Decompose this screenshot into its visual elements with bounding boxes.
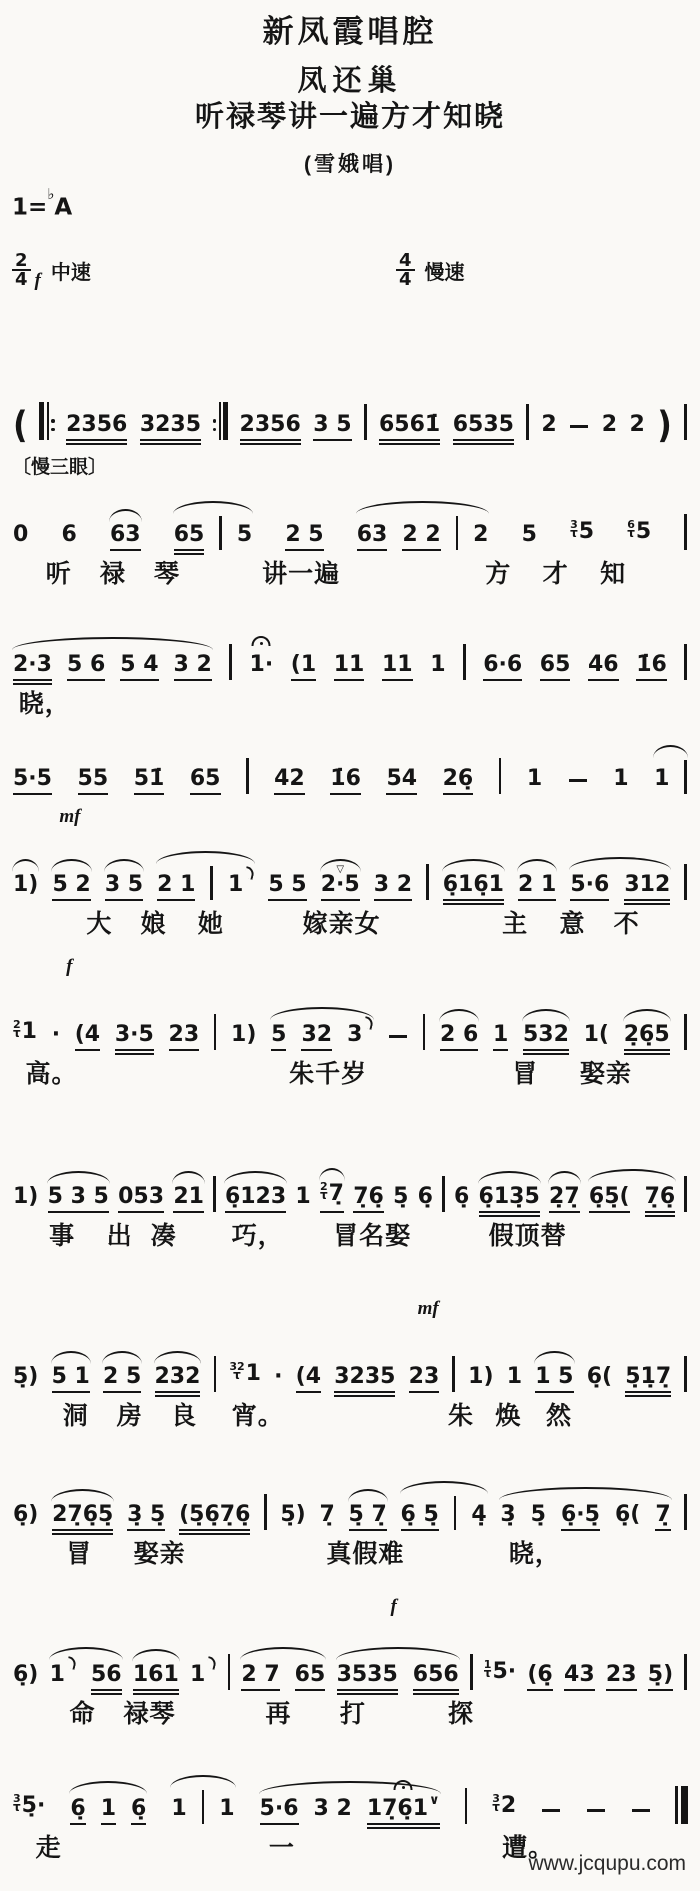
note-token: 6̣13̣5 [478, 1184, 541, 1210]
fermata-mark [394, 1780, 413, 1790]
note-token: 4̣ [470, 1502, 487, 1528]
barline [684, 514, 687, 550]
barline [426, 864, 429, 900]
page-title: 新凤霞唱腔 [0, 6, 700, 51]
barline-thick [39, 402, 44, 440]
note-token: 6·6 [482, 652, 523, 678]
note-token: 5 6 [66, 652, 106, 678]
barline [499, 758, 502, 794]
note-token: 6̣·5̣ [560, 1502, 601, 1528]
barline [684, 864, 687, 900]
note-token: 1 [189, 1662, 217, 1688]
lyrics-row: 大娘她嫁亲女主意不 [12, 904, 688, 944]
notation-row: 3τ5̣·6̣16̣115·63 217̣6̣1∨3τ2--- [12, 1772, 688, 1822]
note-token: 2 [628, 412, 645, 438]
section-label: 〔慢三眼〕 [12, 452, 107, 479]
slur-arc [623, 1009, 671, 1022]
note-token: 1 [492, 1022, 509, 1048]
slur-group: 6̣16̣ [69, 1796, 147, 1822]
lyric-syllable: 讲一遍 [262, 554, 340, 590]
note-token: 532 [522, 1022, 570, 1048]
note-token: 1) [467, 1364, 494, 1390]
note-token: 5̣1̣7̣ [624, 1364, 672, 1390]
note-token: - [568, 412, 590, 438]
note-token: 232 [154, 1364, 202, 1390]
lyric-syllable: 才 [543, 554, 569, 590]
grace-note: 32τ [229, 1362, 244, 1380]
note-token: 1τ5· [483, 1659, 517, 1688]
breath-mark: ∨ [429, 1788, 440, 1814]
grace-note: 2τ [13, 1020, 21, 1038]
barline [214, 1014, 217, 1050]
breath-hook-mark [244, 866, 256, 880]
note-token: 5 1 [51, 1364, 91, 1390]
note-token: 6̣16̣1 [442, 872, 505, 898]
grace-symbol: τ [570, 529, 578, 538]
note-token: 2̣7̣ [548, 1184, 581, 1210]
lyric-syllable: 焕 [495, 1396, 521, 1432]
note-token: 5̣) [12, 1364, 39, 1390]
slur-arc [172, 1171, 205, 1184]
lyric-syllable: 走 [36, 1828, 62, 1864]
barline [229, 644, 232, 680]
dynamic-marking: mf [418, 1298, 439, 1320]
dynamic-marking: mf [59, 806, 80, 828]
slur-arc [47, 1171, 110, 1184]
tempo-marking-right: 4 4 慢速 [396, 252, 465, 288]
notation-row: 2τ1·(43·5231)5323-2 615321(2̣6̣5 [12, 998, 688, 1048]
lyric-syllable: 晓， [19, 684, 71, 720]
lyric-syllable: 大 [86, 904, 112, 940]
note-token: 7̣6̣ [352, 1184, 385, 1210]
slur-group: 5·63 217̣6̣1∨ [259, 1796, 441, 1822]
note-token: 2̣6̣5 [623, 1022, 671, 1048]
note-token: 65 [294, 1662, 327, 1688]
slur-group: 6̣5̣(7̣6̣ [588, 1184, 676, 1210]
lyric-syllable: 禄琴 [124, 1694, 176, 1730]
grace-symbol: τ [484, 1669, 492, 1678]
note-token: 6̣ [130, 1796, 147, 1822]
meter-denominator: 4 [15, 271, 28, 288]
barline [684, 1014, 687, 1050]
note-token: 2 1 [156, 872, 196, 898]
slur-arc [156, 851, 255, 864]
song-title: 听禄琴讲一遍方才知晓 [0, 94, 700, 135]
lyric-syllable: 娶亲 [580, 1054, 632, 1090]
note-token: 1 [218, 1796, 235, 1822]
barline-thin [675, 1786, 678, 1824]
slur-arc [336, 1647, 460, 1660]
grace-note: 1τ [484, 1660, 492, 1678]
barline [684, 1494, 687, 1530]
note-token: 2 6 [439, 1022, 479, 1048]
dynamic-marking: f [391, 1596, 397, 1618]
barline [684, 1176, 687, 1212]
note-token: 5·5 [12, 766, 53, 792]
note-token: 5·6 [259, 1796, 300, 1822]
note-token: 1 [653, 766, 670, 792]
note-token: 1( [583, 1022, 610, 1048]
lyrics-row: 晓， [12, 684, 688, 724]
note-token: 65 [189, 766, 222, 792]
slur-group: 6̣ 5̣4̣ [400, 1496, 488, 1528]
lyric-syllable: 探 [448, 1694, 474, 1730]
note-token: 1 [526, 766, 543, 792]
breath-hook-mark [206, 1656, 218, 1670]
lyric-syllable: 不 [614, 904, 640, 940]
note-token: 053 [117, 1184, 165, 1210]
lyric-syllable: 洞 [63, 1396, 89, 1432]
note-token: 32 [300, 1022, 333, 1048]
slur-group: 2·35 65 43 2 [12, 652, 213, 678]
note-token: ) [656, 410, 673, 440]
notation-row: 06636552 5632 2253τ56τ5 [12, 498, 688, 548]
note-token: 2 5 [284, 522, 324, 548]
barline [684, 760, 687, 794]
lyrics-row: 事出凑巧，冒名娶假顶替 [12, 1216, 688, 1256]
note-token: 11 [333, 652, 366, 678]
slur-arc [49, 1647, 123, 1660]
lyric-syllable: 嫁亲女 [303, 904, 381, 940]
note-token: 26̣ [442, 766, 475, 792]
lyrics-row: 听禄琴讲一遍方才知 [12, 554, 688, 594]
notation-row: 1)5 23 52 115 52·5▽3 26̣16̣12 15·6312 [12, 848, 688, 898]
music-system-3: 2·35 65 43 21·(1111116·665461̇6晓， [12, 628, 688, 724]
lyric-syllable: 娶亲 [134, 1534, 186, 1570]
note-token: 0 [12, 522, 29, 548]
slur-arc [478, 1171, 541, 1184]
note-token: 63 [109, 522, 142, 548]
lyric-syllable: 假顶替 [489, 1216, 567, 1252]
note-token: 312 [623, 872, 671, 898]
note-token: 1) [230, 1022, 257, 1048]
note-token: 46 [587, 652, 620, 678]
barline [684, 644, 687, 680]
lyric-syllable: 宵。 [232, 1396, 284, 1432]
note-token: 1 [506, 1364, 523, 1390]
fermata-mark [252, 636, 271, 646]
slur-arc [102, 1351, 142, 1364]
note-token: 6̣123 [224, 1184, 287, 1210]
music-system-6: f2τ1·(43·5231)5323-2 615321(2̣6̣5高。朱千岁冒娶… [12, 998, 688, 1094]
lyric-syllable: 意 [560, 904, 586, 940]
key-signature: 1=♭A [12, 192, 72, 221]
note-token: 5̣) [647, 1662, 674, 1688]
slur-group: 3535656 [336, 1662, 460, 1688]
slur-arc [319, 1168, 345, 1181]
note-token: 2 1 [517, 872, 557, 898]
note-token: 1̇6 [329, 766, 362, 792]
grace-note: 2τ [320, 1182, 328, 1200]
repeat-start-sign [39, 402, 55, 440]
note-token: 6τ5 [626, 519, 652, 548]
note-token: 55 [77, 766, 110, 792]
note-token: 2·3 [12, 652, 53, 678]
note-token: 6̣ [69, 1796, 86, 1822]
note-token: 3τ5̣· [12, 1793, 46, 1822]
opera-title: 凤还巢 [0, 58, 700, 99]
slur-arc [270, 1007, 374, 1020]
lyric-syllable: 命 [69, 1694, 95, 1730]
note-token: 2356 [239, 412, 302, 438]
barline [470, 1654, 473, 1690]
barline [219, 516, 222, 550]
note-token: 2 2 [401, 522, 441, 548]
note-token: 5 2 [51, 872, 91, 898]
note-token: - [585, 1796, 607, 1822]
barline [210, 866, 213, 900]
note-token: · [51, 1022, 61, 1048]
flat-sign: ♭ [47, 185, 54, 203]
slur-group: 11 [170, 1790, 235, 1822]
slur-arc [442, 859, 505, 872]
slur-arc [653, 745, 688, 758]
grace-note: 3τ [570, 520, 578, 538]
meter-denominator: 4 [399, 271, 412, 288]
note-token: 43 [563, 1662, 596, 1688]
music-system-9: 6̣)27̣6̣5̣3̣ 5̣(5̣6̣7̣6̣5̣)7̣5̣ 7̣6̣ 5̣4… [12, 1478, 688, 1574]
note-token: 6 [60, 522, 77, 548]
grace-symbol: τ [233, 1371, 241, 1380]
notation-row: (2356323523563 56561̇65352-22) [12, 388, 688, 438]
note-token: (5̣6̣7̣6̣ [178, 1502, 251, 1528]
note-token: 656 [412, 1662, 460, 1688]
singer-label: (雪娥唱) [0, 148, 700, 178]
note-token: 3τ2 [491, 1793, 517, 1822]
note-token: 2·5▽ [320, 872, 361, 898]
key-letter: A [54, 195, 72, 221]
slur-arc [51, 1489, 114, 1502]
barline [452, 1356, 455, 1392]
note-token: 3235 [139, 412, 202, 438]
note-token: 42 [273, 766, 306, 792]
note-token: 7̣6̣ [644, 1184, 677, 1210]
note-token: 6535 [452, 412, 515, 438]
slur-group: 156 [49, 1662, 123, 1688]
lyric-syllable: 高。 [26, 1054, 78, 1090]
note-token: 2356 [65, 412, 128, 438]
dynamic-marking: f [66, 956, 72, 978]
notation-row: 2·35 65 43 21·(1111116·665461̇6 [12, 628, 688, 678]
note-token: 3 2 [373, 872, 413, 898]
grace-symbol: τ [13, 1803, 21, 1812]
slur-arc [51, 1351, 91, 1364]
grace-note: 3τ [492, 1794, 500, 1812]
lyric-syllable: 真假难 [326, 1534, 404, 1570]
slur-group: 2 11 [156, 866, 255, 898]
barline [463, 644, 466, 680]
note-token: 6̣ 5̣ [400, 1502, 440, 1528]
note-token: 5 5 [267, 872, 307, 898]
note-token: 5 3 5 [47, 1184, 110, 1210]
barline-thick [681, 1786, 688, 1824]
grace-symbol: τ [13, 1029, 21, 1038]
note-token: 1 [429, 652, 446, 678]
slur-arc [259, 1781, 441, 1794]
slur-arc [170, 1775, 235, 1788]
note-token: - [567, 766, 589, 792]
lyric-syllable: 主 [502, 904, 528, 940]
lyric-syllable: 然 [546, 1396, 572, 1432]
barline [684, 404, 687, 440]
slur-arc [439, 1009, 479, 1022]
slur-arc [154, 1351, 202, 1364]
repeat-dot [51, 428, 55, 432]
note-token: 56 [90, 1662, 123, 1688]
lyrics-row: 洞房良宵。朱焕然 [12, 1396, 688, 1436]
note-token: - [630, 1796, 652, 1822]
lyric-syllable: 方 [485, 554, 511, 590]
note-token: 2 5 [102, 1364, 142, 1390]
barline [214, 1356, 217, 1392]
note-token: - [387, 1022, 409, 1048]
note-token: 2 [601, 412, 618, 438]
note-token: 63 [356, 522, 389, 548]
lyric-syllable: 晓， [509, 1534, 561, 1570]
slur-arc [569, 857, 671, 870]
note-token: (1 [290, 652, 317, 678]
music-system-8: mf5̣)5 12 523232τ1·(43235231)11 56̣(5̣1̣… [12, 1340, 688, 1436]
barline [228, 1654, 231, 1690]
repeat-end-sign [213, 402, 229, 440]
slur-arc [548, 1171, 581, 1184]
note-token: 5̣ [530, 1502, 547, 1528]
note-token: 32τ1 [228, 1361, 262, 1390]
note-token: 6561̇ [378, 412, 441, 438]
notation-row: 6̣)27̣6̣5̣3̣ 5̣(5̣6̣7̣6̣5̣)7̣5̣ 7̣6̣ 5̣4… [12, 1478, 688, 1528]
slur-arc [12, 637, 213, 650]
grace-symbol: τ [627, 529, 635, 538]
slur-group: 655 [173, 516, 253, 548]
note-token: 2τ1 [12, 1019, 38, 1048]
notation-row: 1)5 3 5053216̣12312τ7̣7̣6̣5̣6̣6̣6̣13̣52̣… [12, 1160, 688, 1210]
lyric-syllable: 禄 [100, 554, 126, 590]
slur-arc [534, 1351, 574, 1364]
lyric-syllable: 冒 [512, 1054, 538, 1090]
slur-group: 2 765 [240, 1662, 326, 1688]
note-token: 11 [381, 652, 414, 678]
note-token: 1 5 [534, 1364, 574, 1390]
note-token: 1 [294, 1184, 311, 1210]
note-token: 5 4 [119, 652, 159, 678]
slur-arc [109, 509, 142, 522]
note-token: 7̣ [318, 1502, 335, 1528]
lyric-syllable: 良 [171, 1396, 197, 1432]
lyric-syllable: 出 [107, 1216, 133, 1252]
grace-note: 3τ [13, 1794, 21, 1812]
grace-note: 6τ [627, 520, 635, 538]
note-token: 1 [227, 872, 255, 898]
note-token: 51̇ [133, 766, 166, 792]
note-token: 23 [168, 1022, 201, 1048]
barline [246, 758, 249, 794]
repeat-dot [51, 419, 55, 423]
note-token: 3 5 [104, 872, 144, 898]
note-token: 3 2 [313, 1796, 353, 1822]
note-token: 3 2 [173, 652, 213, 678]
barline [526, 404, 529, 440]
slur-arc [224, 1171, 287, 1184]
note-token: (4 [295, 1364, 322, 1390]
accent-mark: ▽ [336, 857, 344, 883]
note-token: 3 5 [312, 412, 352, 438]
barline [202, 1790, 205, 1824]
lyric-syllable: 打 [340, 1694, 366, 1730]
note-token: 6̣) [12, 1662, 39, 1688]
barline-thick [223, 402, 228, 440]
note-token: 3235 [333, 1364, 396, 1390]
dynamic-f: f [35, 270, 41, 292]
note-token: 3τ5 [569, 519, 595, 548]
note-token: 2τ7̣ [319, 1181, 345, 1210]
note-token: 1) [12, 872, 39, 898]
note-token: 3 [346, 1022, 374, 1048]
slur-arc [522, 1009, 570, 1022]
note-token: 6̣( [586, 1364, 613, 1390]
note-token: 21 [172, 1184, 205, 1210]
barline [684, 1654, 687, 1690]
slur-arc [12, 859, 39, 872]
note-token: 1 [612, 766, 629, 792]
lyric-syllable: 她 [198, 904, 224, 940]
lyric-syllable: 凑 [151, 1216, 177, 1252]
note-token: 1) [12, 1184, 39, 1210]
repeat-dots [51, 419, 55, 431]
slur-arc [104, 859, 144, 872]
note-token: 3̣ 5̣ [126, 1502, 166, 1528]
note-token: 3̣ [499, 1502, 516, 1528]
slur-arc [400, 1481, 488, 1494]
note-token: 3535 [336, 1662, 399, 1688]
note-token: 7̣ [654, 1502, 671, 1528]
tempo-marking-left: 2 4 f 中速 [12, 252, 91, 288]
note-token: 6̣ [453, 1184, 470, 1210]
note-token: 1 [49, 1662, 77, 1688]
lyric-syllable: 冒 [66, 1534, 92, 1570]
barline-thin [47, 402, 49, 440]
lyrics-row: 命禄琴再打探 [12, 1694, 688, 1734]
barline [465, 1788, 468, 1824]
music-system-2: 〔慢三眼〕06636552 5632 2253τ56τ5听禄琴讲一遍方才知 [12, 498, 688, 594]
music-system-5: mf1)5 23 52 115 52·5▽3 26̣16̣12 15·6312大… [12, 848, 688, 944]
note-token: 5̣ 7̣ [348, 1502, 388, 1528]
repeat-dot [213, 428, 217, 432]
grace-symbol: τ [320, 1191, 328, 1200]
slur-arc [69, 1781, 147, 1794]
lyric-syllable: 娘 [140, 904, 166, 940]
note-token: 23 [605, 1662, 638, 1688]
lyric-syllable: 朱千岁 [289, 1054, 367, 1090]
lyric-syllable: 巧， [232, 1216, 284, 1252]
music-system-7: 1)5 3 5053216̣12312τ7̣7̣6̣5̣6̣6̣6̣13̣52̣… [12, 1160, 688, 1256]
slur-arc [132, 1649, 180, 1662]
note-token: 5·6 [569, 872, 610, 898]
barline [454, 1496, 457, 1530]
slur-arc [240, 1647, 326, 1660]
watermark: www.jcqupu.com [528, 1852, 686, 1876]
note-token: 17̣6̣1∨ [366, 1796, 441, 1822]
note-token: 5̣) [279, 1502, 306, 1528]
note-token: · [273, 1364, 283, 1390]
slur-arc [348, 1489, 388, 1502]
barline [423, 1014, 426, 1050]
slur-group: 5323 [270, 1022, 374, 1048]
tempo-label: 慢速 [425, 256, 465, 285]
note-token: 2 7 [240, 1662, 280, 1688]
lyric-syllable: 琴 [154, 554, 180, 590]
lyric-syllable: 再 [266, 1694, 292, 1730]
barline-thin [219, 402, 221, 440]
